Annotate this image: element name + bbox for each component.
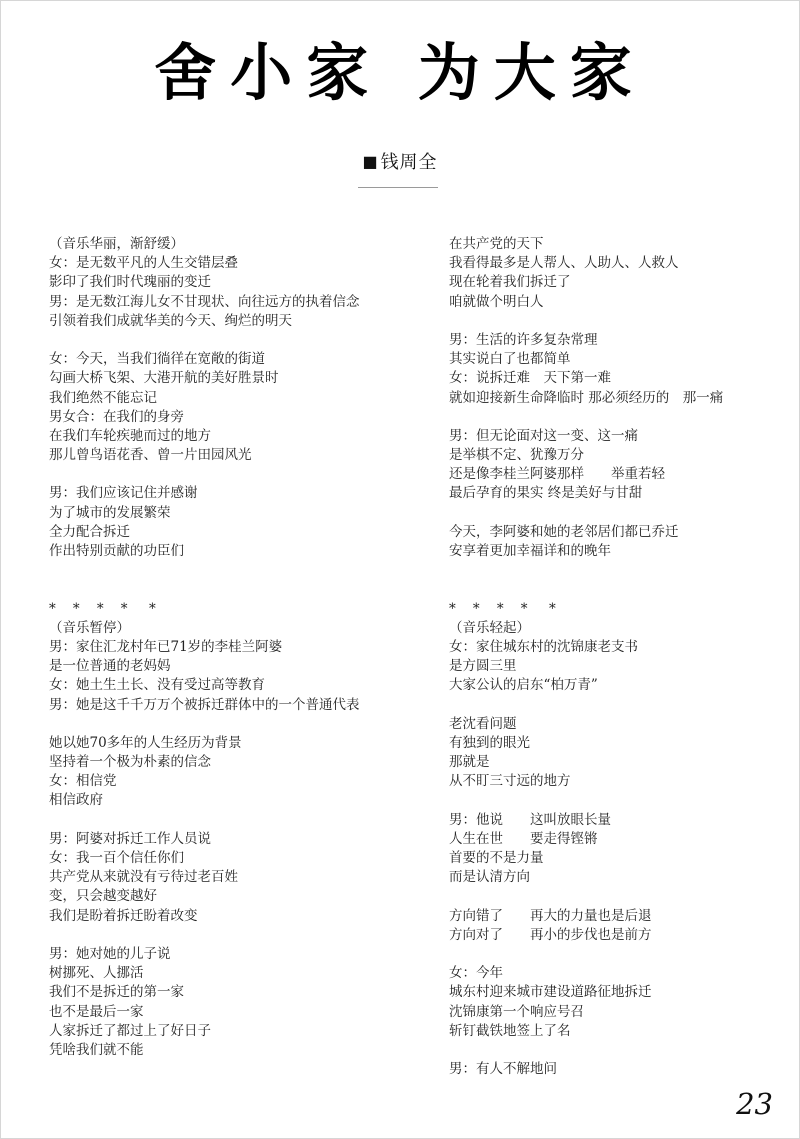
text-line: * * * * * bbox=[449, 600, 789, 619]
text-line: 男：有人不解地问 bbox=[449, 1060, 789, 1079]
text-line bbox=[449, 945, 789, 964]
text-line: 女：相信党 bbox=[49, 772, 419, 791]
text-line: 凭啥我们就不能 bbox=[49, 1041, 419, 1060]
text-line: 她以她70多年的人生经历为背景 bbox=[49, 734, 419, 753]
text-line: 男：她对她的儿子说 bbox=[49, 945, 419, 964]
text-line: 在共产党的天下 bbox=[449, 235, 789, 254]
text-line: 今天，李阿婆和她的老邻居们都已乔迁 bbox=[449, 523, 789, 542]
text-line bbox=[49, 465, 419, 484]
text-line: 全力配合拆迁 bbox=[49, 523, 419, 542]
text-line bbox=[449, 580, 789, 599]
author-name: 钱周全 bbox=[381, 152, 438, 173]
text-line: 女：今年 bbox=[449, 964, 789, 983]
text-line bbox=[449, 504, 789, 523]
text-line: 方向错了 再大的力量也是后退 bbox=[449, 907, 789, 926]
text-line: 我们绝然不能忘记 bbox=[49, 389, 419, 408]
text-line: 勾画大桥飞架、大港开航的美好胜景时 bbox=[49, 369, 419, 388]
text-line: 男：但无论面对这一变、这一痛 bbox=[449, 427, 789, 446]
text-line: 是一位普通的老妈妈 bbox=[49, 657, 419, 676]
text-line: 相信政府 bbox=[49, 791, 419, 810]
text-line bbox=[49, 811, 419, 830]
text-line bbox=[49, 715, 419, 734]
text-line: 是方圆三里 bbox=[449, 657, 789, 676]
text-line: 沈锦康第一个响应号召 bbox=[449, 1003, 789, 1022]
text-line: 那就是 bbox=[449, 753, 789, 772]
text-line: （音乐轻起） bbox=[449, 619, 789, 638]
text-line: 男女合：在我们的身旁 bbox=[49, 408, 419, 427]
text-line: 男：家住汇龙村年已71岁的李桂兰阿婆 bbox=[49, 638, 419, 657]
text-line: 在我们车轮疾驰而过的地方 bbox=[49, 427, 419, 446]
text-line: 作出特别贡献的功臣们 bbox=[49, 542, 419, 561]
text-line: 女：今天，当我们徜徉在宽敞的街道 bbox=[49, 350, 419, 369]
text-line: 坚持着一个极为朴素的信念 bbox=[49, 753, 419, 772]
text-line: 女：她土生土长、没有受过高等教育 bbox=[49, 676, 419, 695]
text-line: 我们不是拆迁的第一家 bbox=[49, 983, 419, 1002]
author-byline: ■钱周全 bbox=[1, 148, 799, 174]
text-line: * * * * * bbox=[49, 600, 419, 619]
text-line: （音乐暂停） bbox=[49, 619, 419, 638]
text-line bbox=[449, 887, 789, 906]
text-line: 方向对了 再小的步伐也是前方 bbox=[449, 926, 789, 945]
text-line: 最后孕育的果实 终是美好与甘甜 bbox=[449, 484, 789, 503]
text-line: 男：是无数江海儿女不甘现状、向往远方的执着信念 bbox=[49, 293, 419, 312]
text-line: 男：阿婆对拆迁工作人员说 bbox=[49, 830, 419, 849]
text-line: 现在轮着我们拆迁了 bbox=[449, 273, 789, 292]
text-line: 人生在世 要走得铿锵 bbox=[449, 830, 789, 849]
text-line: 首要的不是力量 bbox=[449, 849, 789, 868]
text-line bbox=[49, 580, 419, 599]
text-line: 斩钉截铁地签上了名 bbox=[449, 1022, 789, 1041]
text-line bbox=[49, 926, 419, 945]
text-line: 男：我们应该记住并感谢 bbox=[49, 484, 419, 503]
text-line: 安享着更加幸福详和的晚年 bbox=[449, 542, 789, 561]
text-line bbox=[449, 408, 789, 427]
text-line bbox=[449, 696, 789, 715]
text-line: 我们是盼着拆迁盼着改变 bbox=[49, 907, 419, 926]
text-line: 还是像李桂兰阿婆那样 举重若轻 bbox=[449, 465, 789, 484]
text-line: 人家拆迁了都过上了好日子 bbox=[49, 1022, 419, 1041]
text-line: 共产党从来就没有亏待过老百姓 bbox=[49, 868, 419, 887]
author-underline bbox=[358, 187, 438, 188]
document-page: 舍小家 为大家 ■钱周全 （音乐华丽，渐舒缓）女：是无数平凡的人生交错层叠影印了… bbox=[0, 0, 800, 1139]
text-line bbox=[49, 331, 419, 350]
text-line: 有独到的眼光 bbox=[449, 734, 789, 753]
text-line: 为了城市的发展繁荣 bbox=[49, 504, 419, 523]
text-line: 城东村迎来城市建设道路征地拆迁 bbox=[449, 983, 789, 1002]
text-line: 女：家住城东村的沈锦康老支书 bbox=[449, 638, 789, 657]
text-line: 咱就做个明白人 bbox=[449, 293, 789, 312]
text-line bbox=[449, 1041, 789, 1060]
text-line: （音乐华丽，渐舒缓） bbox=[49, 235, 419, 254]
text-line: 就如迎接新生命降临时 那必须经历的 那一痛 bbox=[449, 389, 789, 408]
text-line: 我看得最多是人帮人、人助人、人救人 bbox=[449, 254, 789, 273]
text-line: 变，只会越变越好 bbox=[49, 887, 419, 906]
text-line: 是举棋不定、犹豫万分 bbox=[449, 446, 789, 465]
text-line: 也不是最后一家 bbox=[49, 1003, 419, 1022]
text-line: 从不盯三寸远的地方 bbox=[449, 772, 789, 791]
text-line: 男：她是这千千万万个被拆迁群体中的一个普通代表 bbox=[49, 696, 419, 715]
left-text-column: （音乐华丽，渐舒缓）女：是无数平凡的人生交错层叠影印了我们时代瑰丽的变迁男：是无… bbox=[49, 235, 419, 1060]
document-title: 舍小家 为大家 bbox=[1, 23, 799, 112]
text-line: 男：生活的许多复杂常理 bbox=[449, 331, 789, 350]
text-line: 大家公认的启东“柏万青” bbox=[449, 676, 789, 695]
text-line: 女：我一百个信任你们 bbox=[49, 849, 419, 868]
text-line: 引领着我们成就华美的今天、绚烂的明天 bbox=[49, 312, 419, 331]
text-line bbox=[449, 791, 789, 810]
right-text-column: 在共产党的天下我看得最多是人帮人、人助人、人救人现在轮着我们拆迁了咱就做个明白人… bbox=[449, 235, 789, 1079]
author-square-marker-icon: ■ bbox=[362, 152, 378, 171]
text-line: 影印了我们时代瑰丽的变迁 bbox=[49, 273, 419, 292]
text-line bbox=[49, 561, 419, 580]
text-line: 其实说白了也都简单 bbox=[449, 350, 789, 369]
text-line: 那儿曾鸟语花香、曾一片田园风光 bbox=[49, 446, 419, 465]
text-line: 女：说拆迁难 天下第一难 bbox=[449, 369, 789, 388]
text-line: 而是认清方向 bbox=[449, 868, 789, 887]
page-number: 23 bbox=[736, 1087, 773, 1121]
text-line bbox=[449, 561, 789, 580]
text-line: 老沈看问题 bbox=[449, 715, 789, 734]
text-line: 女：是无数平凡的人生交错层叠 bbox=[49, 254, 419, 273]
text-line: 男：他说 这叫放眼长量 bbox=[449, 811, 789, 830]
text-line bbox=[449, 312, 789, 331]
text-line: 树挪死、人挪活 bbox=[49, 964, 419, 983]
